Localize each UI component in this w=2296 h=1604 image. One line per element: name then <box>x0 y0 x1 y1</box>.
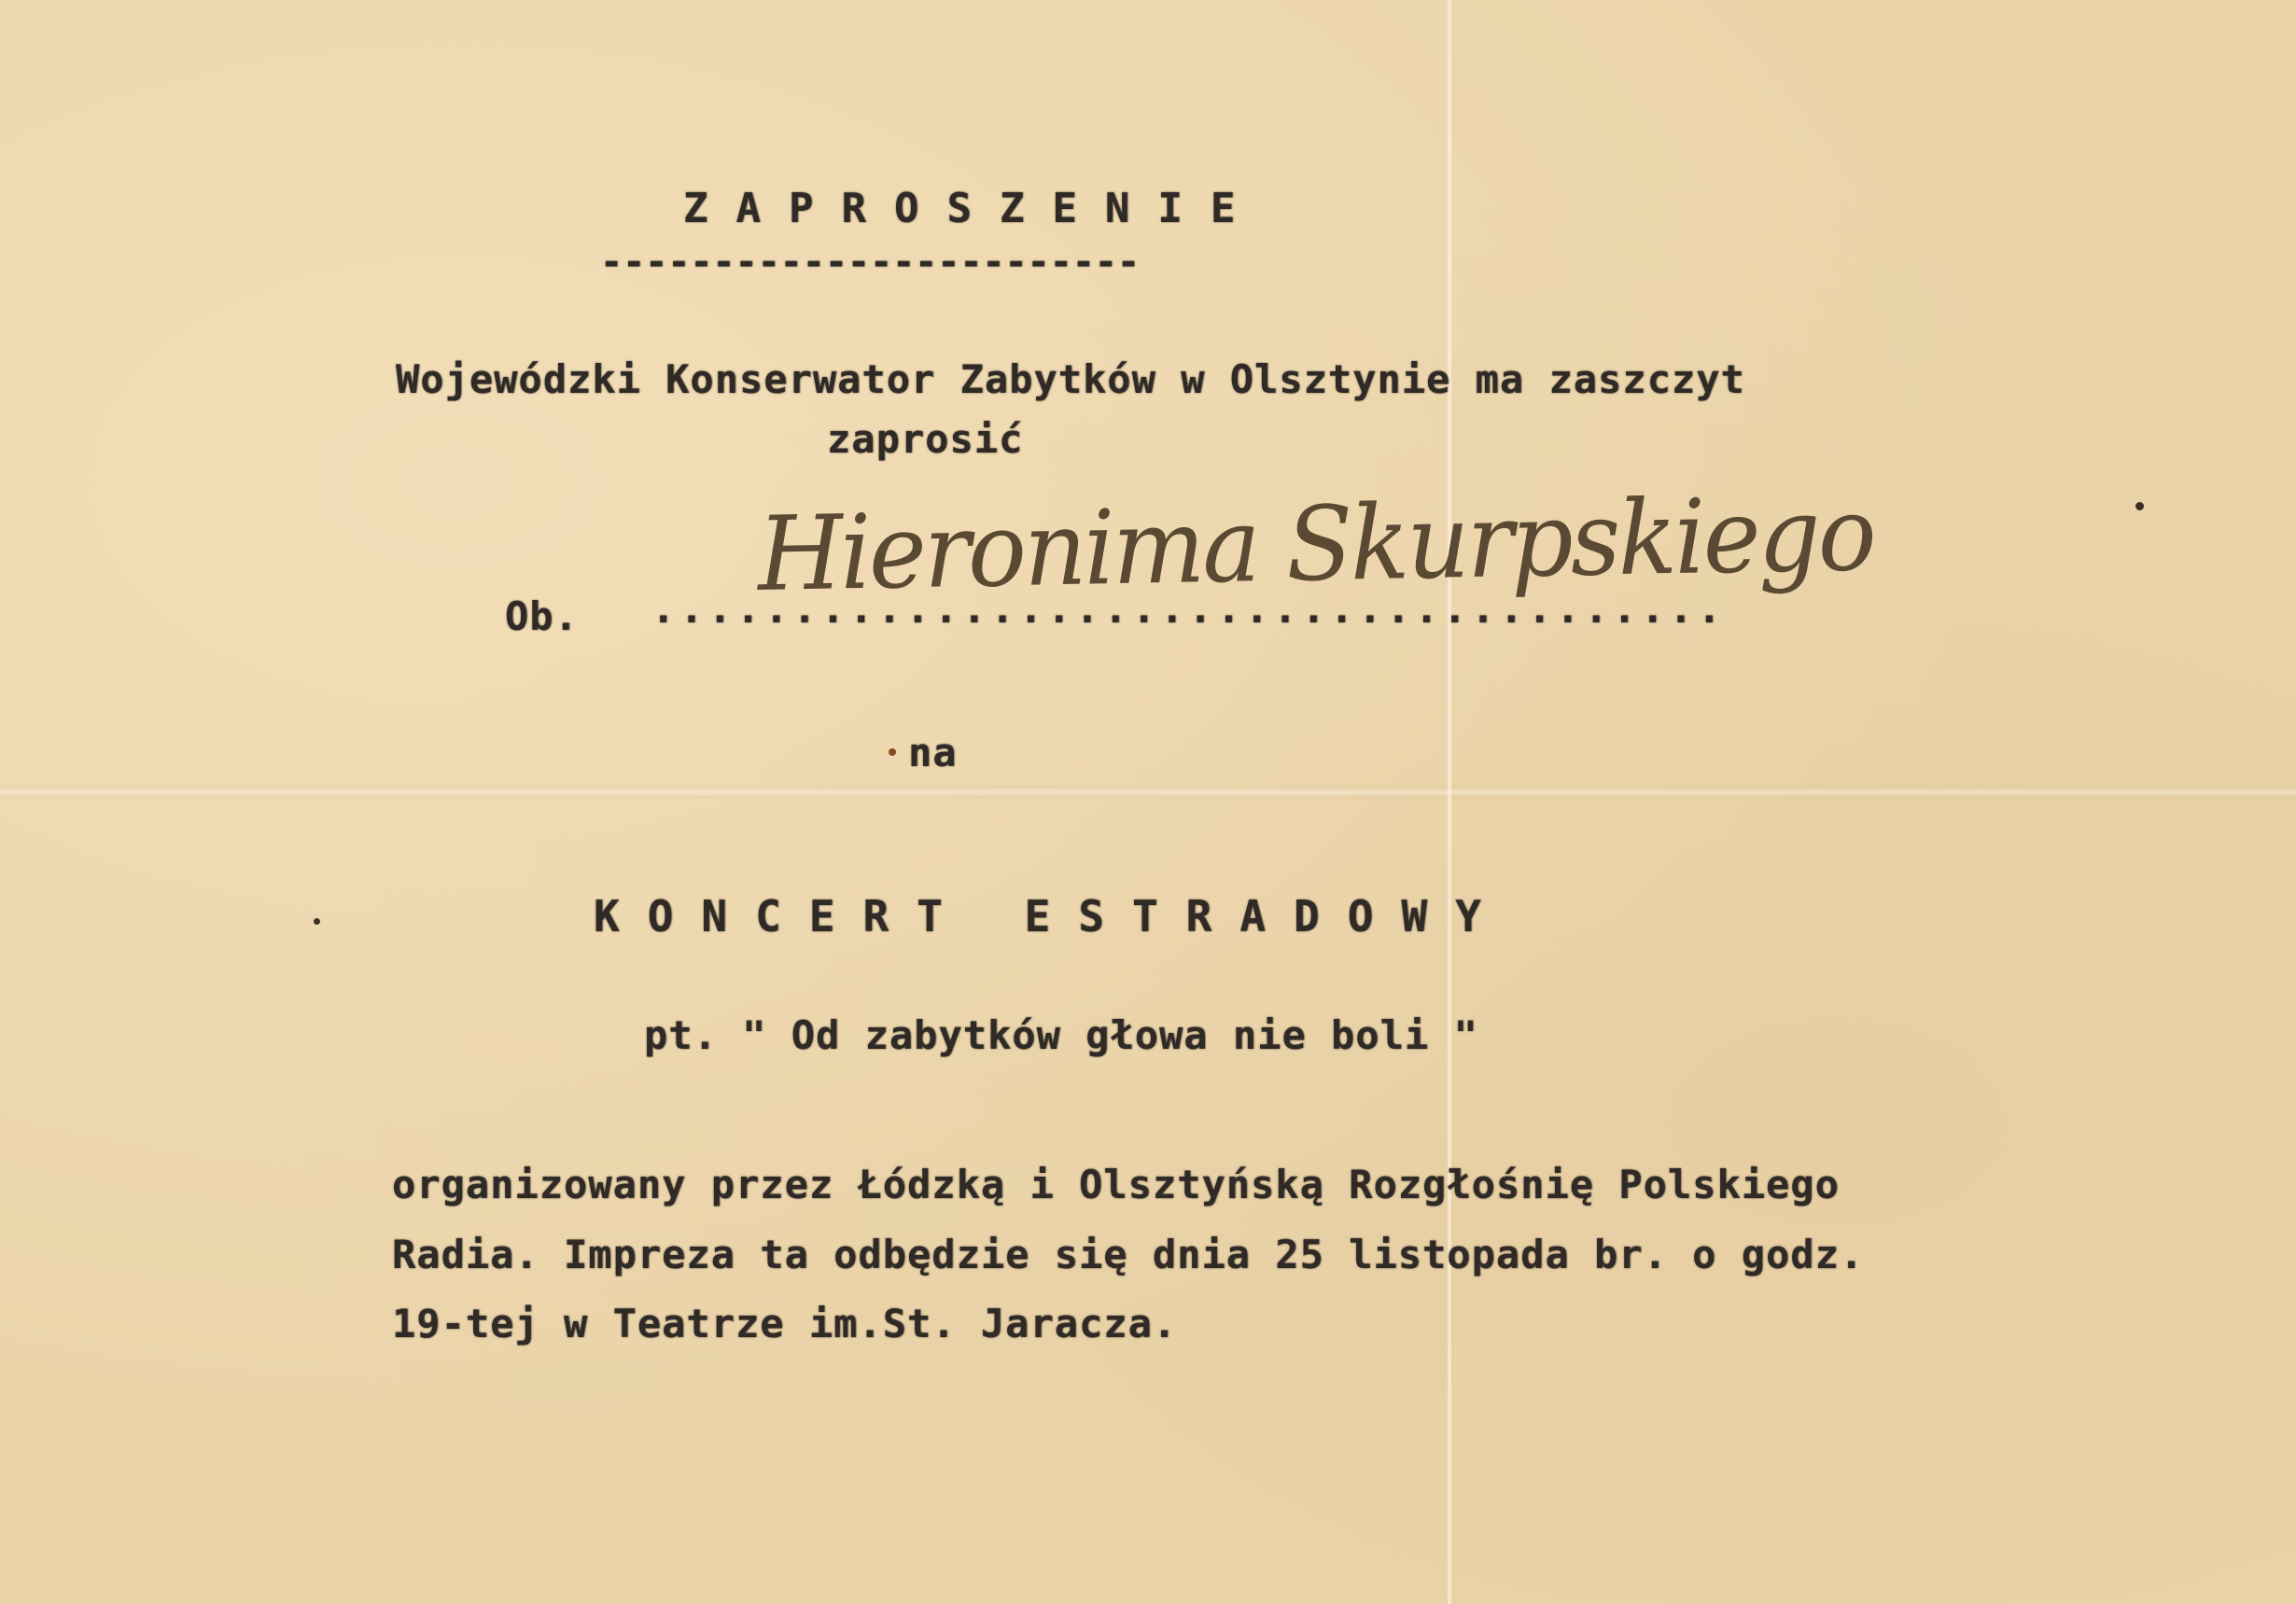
intro-line-1: Wojewódzki Konserwator Zabytków w Olszty… <box>396 356 1745 402</box>
connector-word: na <box>908 730 958 775</box>
event-subtitle: pt. " Od zabytków głowa nie boli " <box>644 1012 1478 1058</box>
ink-speck <box>889 748 896 756</box>
intro-line-2: zaprosić <box>827 416 1023 462</box>
body-line-2: Radia. Impreza ta odbędzie się dnia 25 l… <box>392 1232 1864 1277</box>
body-line-3: 19-tej w Teatrze im.St. Jaracza. <box>392 1301 1177 1346</box>
title-underline: ------------------------ <box>600 241 1140 284</box>
invitation-paper: ZAPROSZENIE ------------------------ Woj… <box>0 0 2296 1604</box>
ink-speck <box>2135 502 2144 510</box>
recipient-prefix: Ob. <box>505 593 579 639</box>
ink-speck <box>314 918 320 925</box>
horizontal-fold-crease <box>0 786 2296 799</box>
event-title: KONCERT ESTRADOWY <box>594 891 1509 941</box>
handwritten-recipient-name: Hieronima Skurpskiego <box>757 474 1875 614</box>
document-title: ZAPROSZENIE <box>683 185 1263 232</box>
body-line-1: organizowany przez Łódzką i Olsztyńską R… <box>392 1162 1840 1207</box>
vertical-fold-crease <box>1448 0 1451 1604</box>
